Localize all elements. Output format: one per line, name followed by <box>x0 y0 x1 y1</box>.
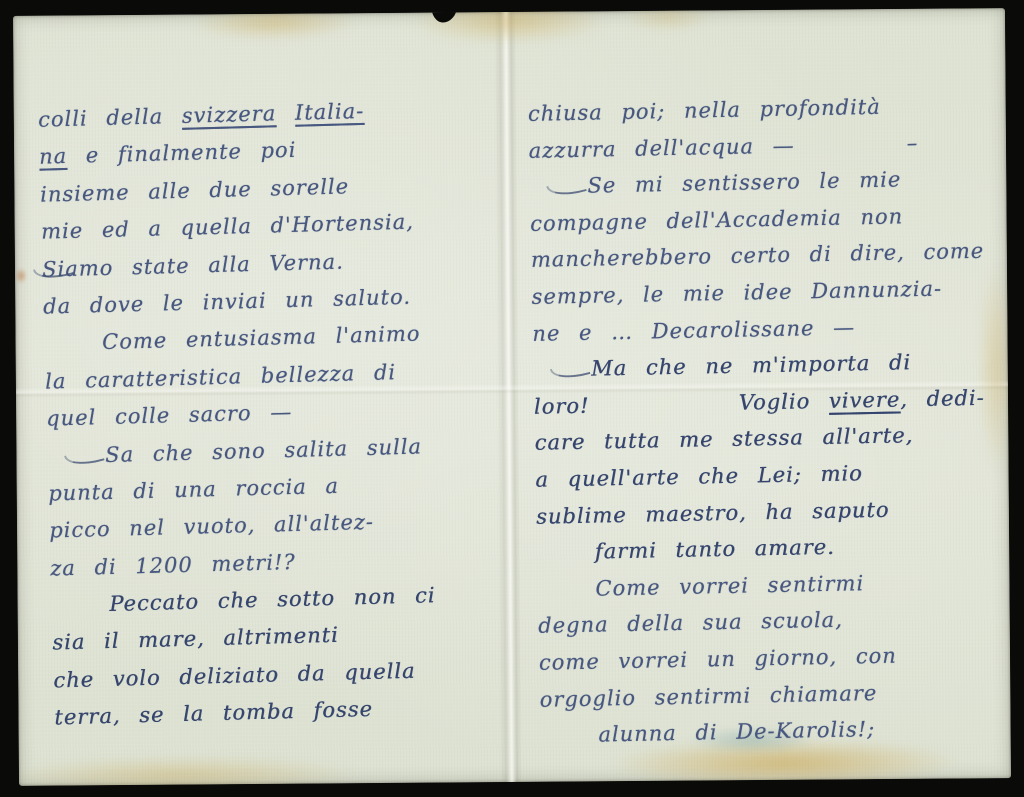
handwriting-segment: farmi tanto amare. <box>595 535 835 564</box>
stain-bottom-left <box>13 755 359 786</box>
scan-background: colli della svizzera Italia-na e finalme… <box>0 0 1024 797</box>
handwriting-segment: terra, se la tomba fosse <box>54 697 373 730</box>
handwriting-segment: come vorrei un giorno, con <box>539 643 897 674</box>
handwriting-segment: Se mi sentissero le mie <box>587 168 901 198</box>
handwriting-segment: compagne dell'Accademia non <box>530 204 903 235</box>
handwriting-segment: la caratteristica bellezza di <box>45 360 396 393</box>
handwriting-segment: Come entusiasma l'animo <box>102 322 421 355</box>
handwriting-segment: orgoglio sentirmi chiamare <box>540 680 878 711</box>
handwriting-segment: ne e … Decarolissane — <box>532 315 855 345</box>
handwriting-segment <box>276 101 295 125</box>
handwriting-segment: quel colle sacro — <box>46 400 293 431</box>
handwriting-segment: , dedi- <box>900 386 985 412</box>
underlined-word: svizzera <box>182 101 277 128</box>
stain-top-left <box>189 8 359 40</box>
handwriting-segment: Come vorrei sentirmi <box>595 571 864 600</box>
letter-sheet: colli della svizzera Italia-na e finalme… <box>13 8 1011 786</box>
underlined-word: na <box>39 144 68 169</box>
handwriting-segment: punta di una roccia a <box>48 474 339 506</box>
handwriting-segment: a quell'arte che Lei; mio <box>535 461 863 492</box>
handwriting-segment: chiusa poi; nella profondità <box>528 95 881 126</box>
handwriting-segment: za di 1200 metri!? <box>50 550 296 581</box>
handwriting-segment: Sa che sono salita sulla <box>105 434 422 467</box>
handwriting-segment: degna della sua scuola, <box>538 608 843 638</box>
handwriting-segment: mie ed a quella d'Hortensia, <box>41 210 414 244</box>
stain-top-right <box>623 8 713 31</box>
handwriting-segment: azzurra dell'acqua — – <box>528 131 918 163</box>
underlined-word: vivere <box>829 387 901 412</box>
handwriting-segment: sublime maestro, ha saputo <box>536 497 890 528</box>
handwriting-segment: mancherebbero certo di dire, come <box>531 239 985 272</box>
handwriting-segment: insieme alle due sorelle <box>40 174 350 206</box>
letter-page-right: chiusa poi; nella profonditàazzurra dell… <box>528 86 1011 754</box>
handwriting-segment: care tutta me stessa all'arte, <box>534 424 913 456</box>
stain-left-speck <box>15 268 27 284</box>
handwriting-segment: Ma che ne m'importa di <box>591 350 911 380</box>
handwriting-segment: alunna di De-Karolis!; <box>598 717 875 747</box>
handwriting-segment: sempre, le mie idee Dannunzia- <box>531 277 942 309</box>
handwriting-segment: Peccato che sotto non ci <box>109 583 436 616</box>
handwriting-segment: loro! Voglio <box>534 389 829 419</box>
handwriting-segment: Siamo state alla Verna. <box>42 249 344 281</box>
handwriting-segment: da dove le inviai un saluto. <box>43 285 411 319</box>
handwriting-segment: sia il mare, altrimenti <box>52 623 339 655</box>
underlined-word: Italia- <box>295 99 365 125</box>
letter-page-left: colli della svizzera Italia-na e finalme… <box>38 89 527 737</box>
handwriting-segment: picco nel vuoto, all'altez- <box>49 510 374 543</box>
handwriting-segment: colli della <box>38 104 182 132</box>
handwriting-segment: che volo deliziato da quella <box>53 659 416 693</box>
handwriting-segment: e finalmente poi <box>67 138 297 168</box>
